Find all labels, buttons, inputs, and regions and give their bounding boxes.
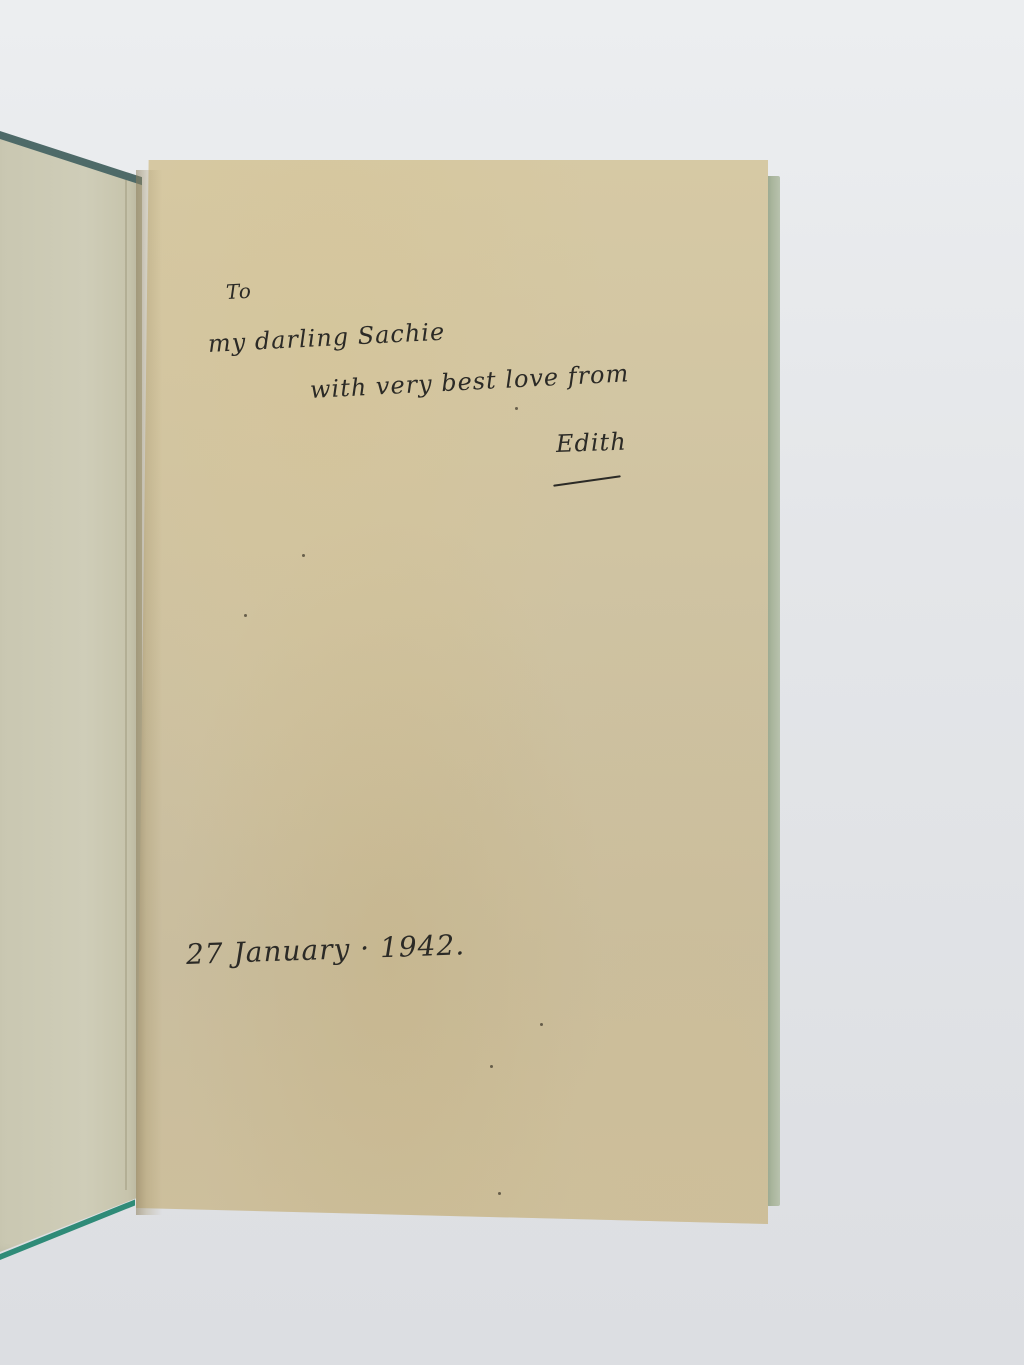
inscription-line-to: To — [225, 279, 252, 304]
paper-speck — [490, 1065, 493, 1068]
book-photo: To my darling Sachie with very best love… — [0, 0, 1024, 1365]
gutter-shadow — [136, 170, 162, 1215]
inscription-signature: Edith — [556, 428, 628, 458]
paper-speck — [515, 407, 518, 410]
paper-speck — [540, 1023, 543, 1026]
paper-speck — [302, 554, 305, 557]
left-endpaper — [0, 134, 142, 1252]
paper-speck — [244, 614, 247, 617]
paper-speck — [498, 1192, 501, 1195]
inscribed-page — [136, 160, 768, 1224]
endpaper-fold-line — [125, 180, 127, 1190]
